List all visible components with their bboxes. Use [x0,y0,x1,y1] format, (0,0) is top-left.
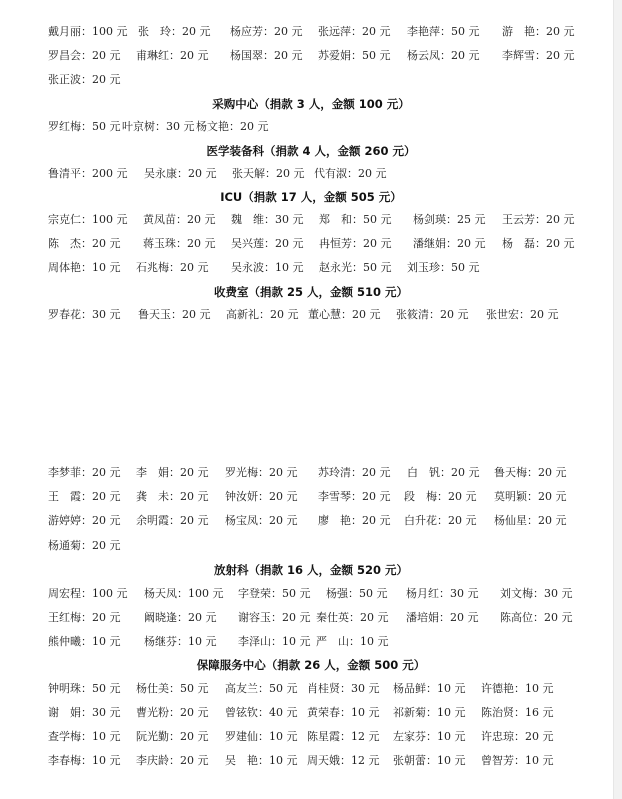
donor-entry: 代有淑：20 元 [314,165,387,183]
donor-entry: 冉恒芳：20 元 [319,235,392,253]
donor-entry: 黄荣春：10 元 [307,704,380,722]
donor-entry: 谢 娟：30 元 [48,704,121,722]
donor-entry: 高友兰：50 元 [225,680,298,698]
donor-entry: 白 钒：20 元 [407,464,480,482]
donor-entry: 张世宏：20 元 [486,306,559,324]
donor-entry: 余明霞：20 元 [136,512,209,530]
donor-entry: 祁新菊：10 元 [393,704,466,722]
donor-entry: 阚晓逢：20 元 [144,609,217,627]
donor-entry: 白升花：20 元 [404,512,477,530]
donor-entry: 杨天凤：100 元 [144,585,224,603]
donor-entry: 鲁天梅：20 元 [494,464,567,482]
donor-entry: 陈高位：20 元 [500,609,573,627]
donor-entry: 魏 维：30 元 [231,211,304,229]
donor-entry: 李梦菲：20 元 [48,464,121,482]
donor-entry: 段 梅：20 元 [404,488,477,506]
donor-entry: 黄凤苗：20 元 [143,211,216,229]
donor-entry: 吴兴莲：20 元 [231,235,304,253]
donor-entry: 王 霞：20 元 [48,488,121,506]
donor-entry: 严 山：10 元 [316,633,389,651]
donor-entry: 肖桂贤：30 元 [307,680,380,698]
donor-entry: 杨文艳：20 元 [196,118,269,136]
donor-entry: 郑 和：50 元 [319,211,392,229]
donor-entry: 潘培娟：20 元 [406,609,479,627]
donor-entry: 潘继娟：20 元 [413,235,486,253]
donor-entry: 龚 未：20 元 [136,488,209,506]
donor-entry: 李艳萍：50 元 [407,23,480,41]
donor-entry: 许忠琼：20 元 [481,728,554,746]
section-heading-radiology: 放射科（捐款 16 人，金额 520 元） [0,560,622,580]
donor-entry: 罗建仙：10 元 [225,728,298,746]
donor-entry: 许德艳：10 元 [481,680,554,698]
section-heading-medical-equipment: 医学装备科（捐款 4 人，金额 260 元） [0,141,622,161]
donor-entry: 吴永康：20 元 [144,165,217,183]
donor-entry: 戴月丽：100 元 [48,23,128,41]
donor-entry: 石兆梅：20 元 [136,259,209,277]
donor-entry: 左家芬：10 元 [393,728,466,746]
donor-entry: 刘玉珍：50 元 [407,259,480,277]
donor-entry: 鲁天玉：20 元 [138,306,211,324]
donor-entry: 李泽山：10 元 [238,633,311,651]
donor-entry: 刘文梅：30 元 [500,585,573,603]
donor-entry: 游 艳：20 元 [502,23,575,41]
donor-entry: 王云芳：20 元 [502,211,575,229]
donor-entry: 杨剑瑛：25 元 [413,211,486,229]
donor-entry: 李 娟：20 元 [136,464,209,482]
section-heading-support-services: 保障服务中心（捐款 26 人，金额 500 元） [0,655,622,675]
donor-entry: 蒋玉珠：20 元 [143,235,216,253]
donor-entry: 吴 艳：10 元 [225,752,298,770]
donor-entry: 李庆龄：20 元 [136,752,209,770]
donor-entry: 李辉雪：20 元 [502,47,575,65]
section-heading-purchasing-center: 采购中心（捐款 3 人，金额 100 元） [0,94,622,114]
donor-entry: 游婷婷：20 元 [48,512,121,530]
donor-entry: 张朝蕾：10 元 [393,752,466,770]
donor-entry: 高新礼：20 元 [226,306,299,324]
donor-entry: 杨仙星：20 元 [494,512,567,530]
donor-entry: 赵永光：50 元 [319,259,392,277]
section-heading-billing-office: 收费室（捐款 25 人，金额 510 元） [0,282,622,302]
donor-entry: 张天解：20 元 [232,165,305,183]
donor-entry: 罗光梅：20 元 [225,464,298,482]
donor-entry: 罗昌会：20 元 [48,47,121,65]
donor-entry: 鲁清平：200 元 [48,165,128,183]
donor-entry: 董心慧：20 元 [308,306,381,324]
donor-entry: 周体艳：10 元 [48,259,121,277]
donor-entry: 吴永波：10 元 [231,259,304,277]
donor-entry: 陈治贤：16 元 [481,704,554,722]
donor-entry: 陈 杰：20 元 [48,235,121,253]
donor-entry: 苏爱娟：50 元 [318,47,391,65]
donor-entry: 阮光勤：20 元 [136,728,209,746]
donor-entry: 李春梅：10 元 [48,752,121,770]
donor-entry: 罗春花：30 元 [48,306,121,324]
donor-entry: 杨品鲜：10 元 [393,680,466,698]
donor-entry: 杨云凤：20 元 [407,47,480,65]
donor-entry: 莫明颖：20 元 [494,488,567,506]
donor-entry: 谢容玉：20 元 [238,609,311,627]
donor-entry: 曾智芳：10 元 [481,752,554,770]
donor-entry: 叶京树：30 元 [122,118,195,136]
donor-entry: 张筱清：20 元 [396,306,469,324]
donor-entry: 曹光粉：20 元 [136,704,209,722]
donor-entry: 王红梅：20 元 [48,609,121,627]
donor-entry: 杨强：50 元 [326,585,388,603]
donor-entry: 杨通菊：20 元 [48,537,121,555]
donor-entry: 杨月红：30 元 [406,585,479,603]
donor-entry: 陈星霞：12 元 [307,728,380,746]
donor-entry: 甫琳红：20 元 [136,47,209,65]
donor-entry: 熊仲曦：10 元 [48,633,121,651]
donor-entry: 苏玲清：20 元 [318,464,391,482]
donor-entry: 宗克仁：100 元 [48,211,128,229]
donor-entry: 杨宝凤：20 元 [225,512,298,530]
donor-entry: 杨应芳：20 元 [230,23,303,41]
donor-entry: 周天娥：12 元 [307,752,380,770]
donor-entry: 杨 磊：20 元 [502,235,575,253]
donor-entry: 钟汝妍：20 元 [225,488,298,506]
donor-entry: 曾铉钦：40 元 [225,704,298,722]
donor-entry: 杨国翠：20 元 [230,47,303,65]
donor-entry: 钟明珠：50 元 [48,680,121,698]
donor-entry: 罗红梅：50 元 [48,118,121,136]
donor-entry: 廖 艳：20 元 [318,512,391,530]
donor-entry: 字登荣：50 元 [238,585,311,603]
document-edge-scrollbar[interactable] [613,0,622,799]
donor-entry: 张 玲：20 元 [138,23,211,41]
donor-entry: 秦仕英：20 元 [316,609,389,627]
donor-entry: 张远萍：20 元 [318,23,391,41]
section-heading-icu: ICU（捐款 17 人，金额 505 元） [0,187,622,207]
donor-entry: 杨继芬：10 元 [144,633,217,651]
donor-entry: 李雪琴：20 元 [318,488,391,506]
donor-entry: 周宏程：100 元 [48,585,128,603]
donor-entry: 查学梅：10 元 [48,728,121,746]
donor-entry: 张正波：20 元 [48,71,121,89]
donor-entry: 杨仕美：50 元 [136,680,209,698]
